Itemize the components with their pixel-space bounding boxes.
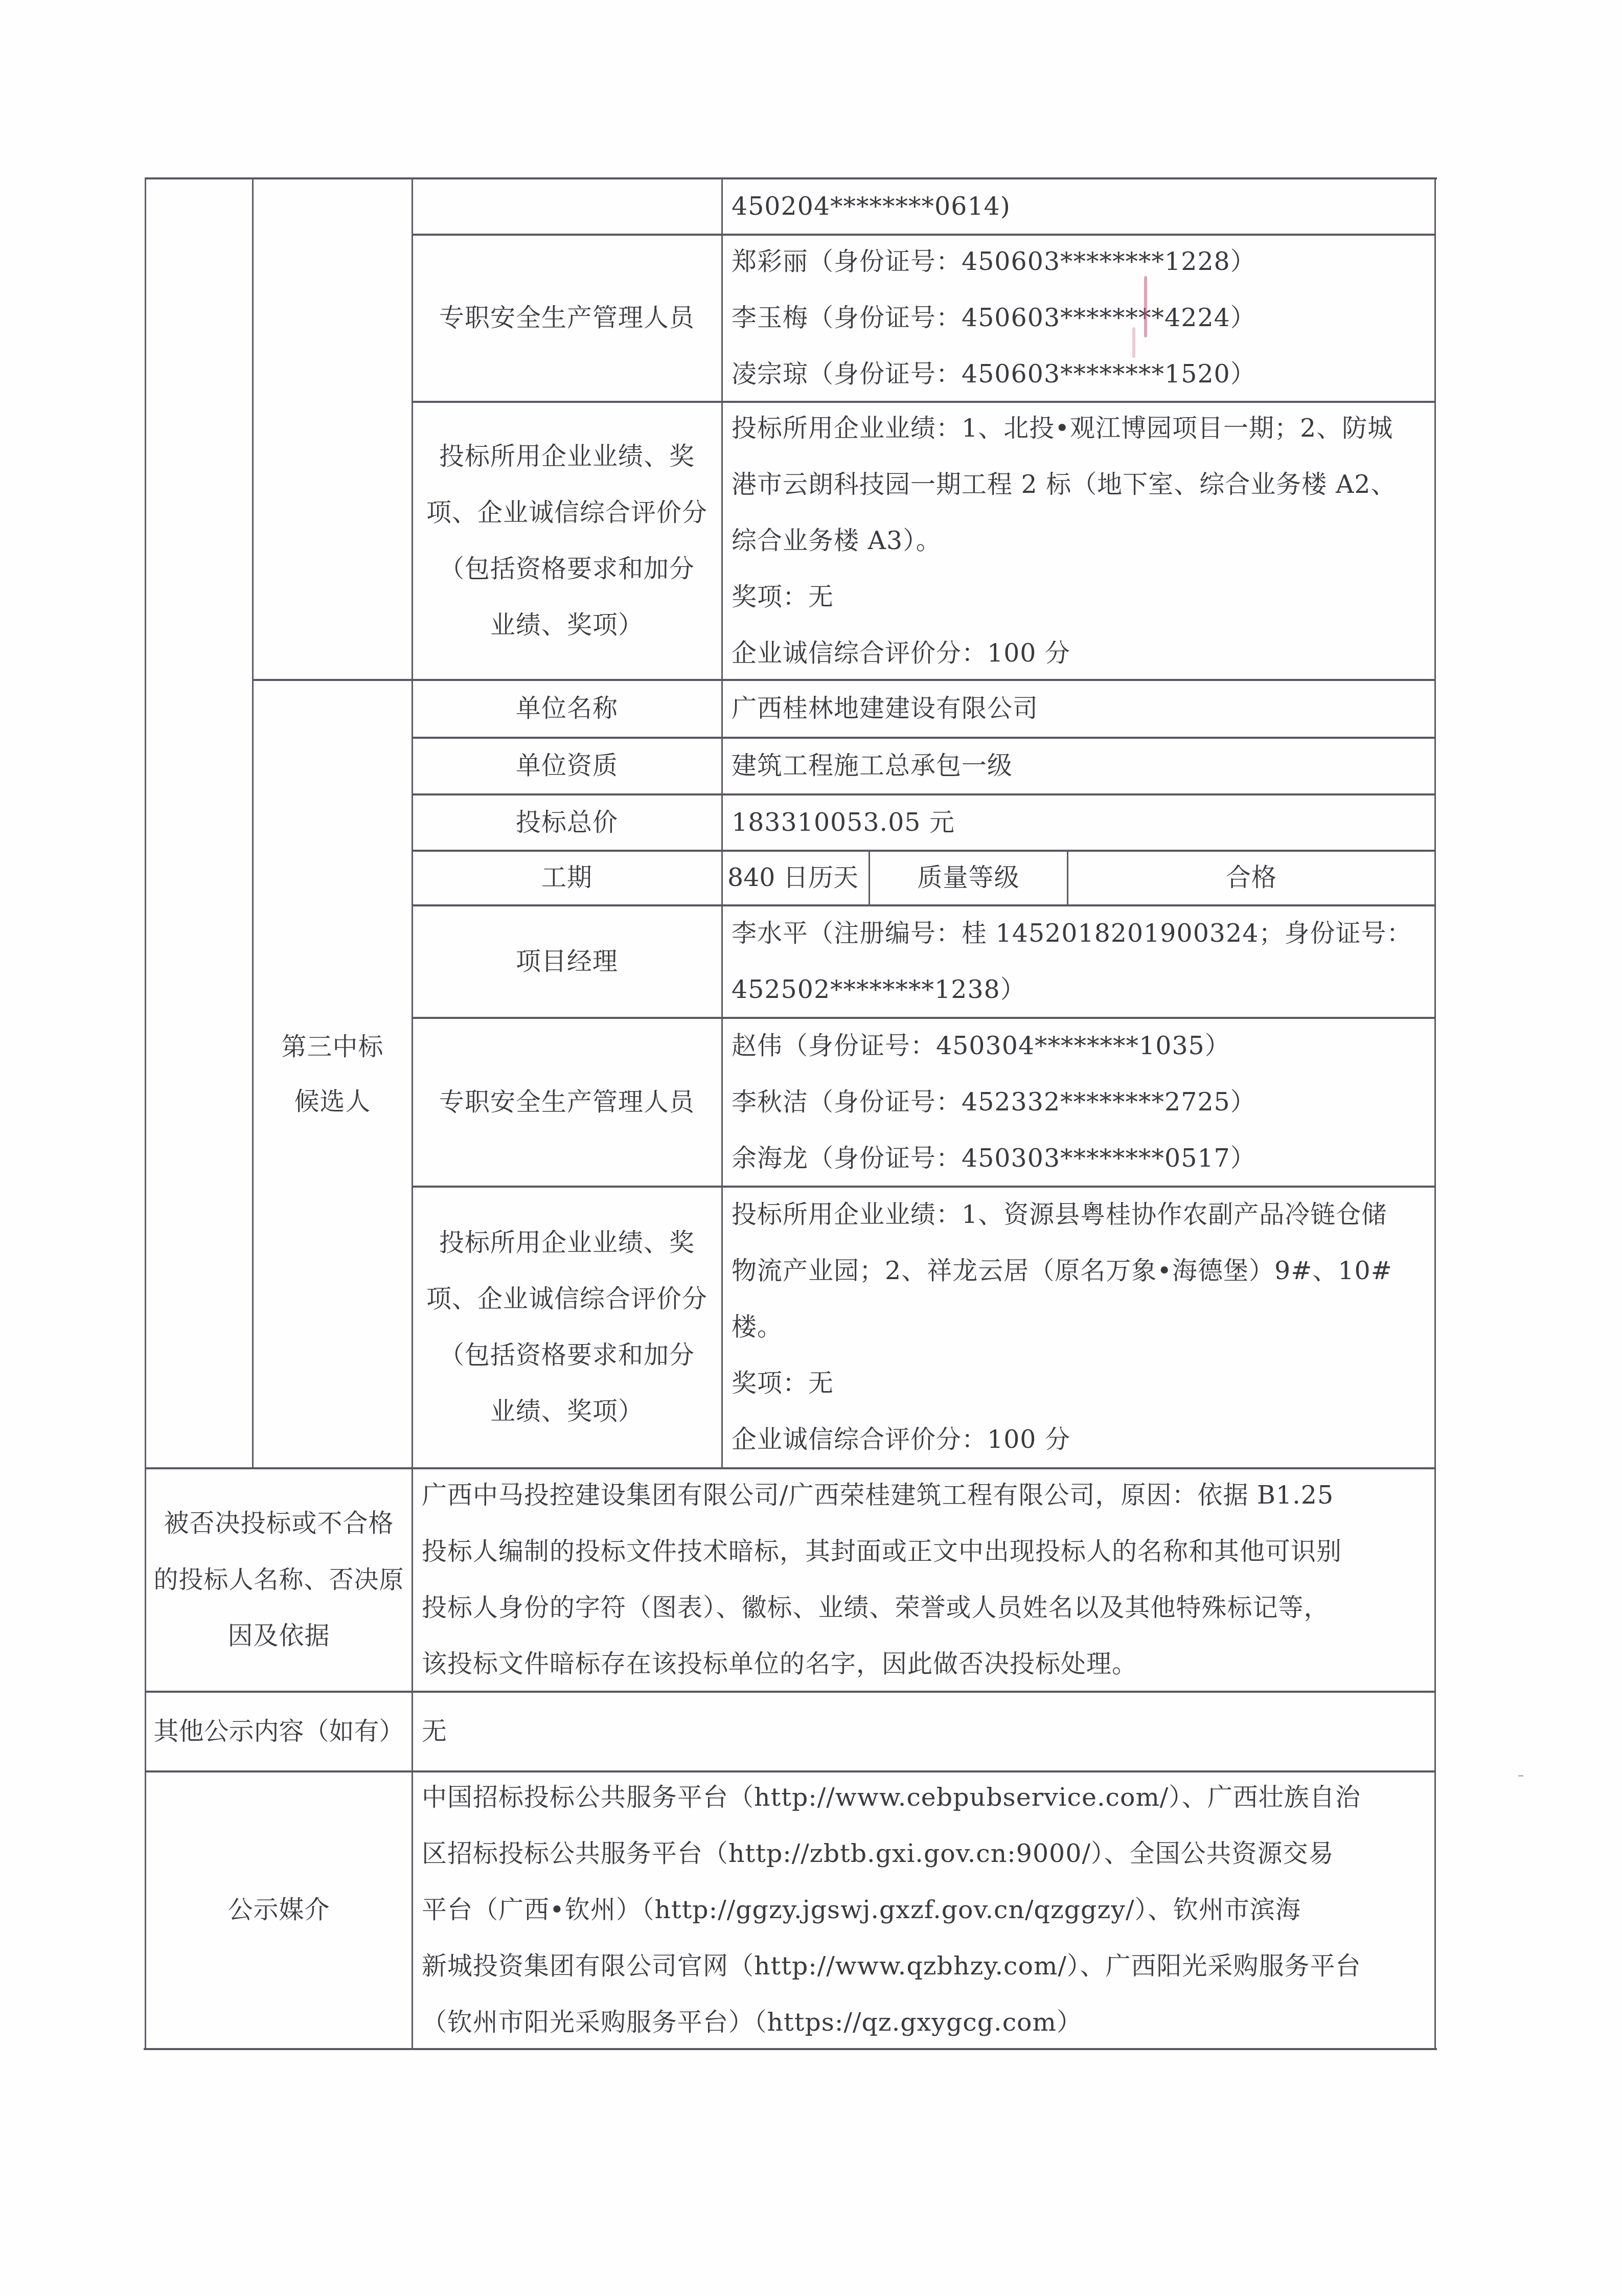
performance-label-cell: 投标所用企业业绩、奖 项、企业诚信综合评价分 （包括资格要求和加分 业绩、奖项） (413, 1187, 721, 1467)
duration-value: 840 日历天 (727, 850, 858, 906)
bid-price-label: 投标总价 (516, 794, 618, 851)
rejected-reason-line: 广西中马投控建设集团有限公司/广西荣桂建筑工程有限公司，原因：依据 B1.25 (422, 1467, 1334, 1524)
media-label-cell: 公示媒介 (146, 1772, 412, 2048)
other-content-label: 其他公示内容（如有） (153, 1703, 404, 1760)
other-content-value-cell: 无 (413, 1692, 1434, 1770)
safety-manager-item: 余海龙（身份证号：450303********0517） (732, 1130, 1256, 1187)
safety-managers-label: 专职安全生产管理人员 (439, 1074, 695, 1130)
safety-manager-item: 郑彩丽（身份证号：450603********1228） (732, 234, 1256, 290)
other-content-value: 无 (422, 1703, 447, 1760)
rejected-reason-line: 投标人编制的投标文件技术暗标，其封面或正文中出现投标人的名称和其他可识别 (422, 1524, 1342, 1580)
media-line: 新城投资集团有限公司官网（http://www.qzbhzy.com/）、广西阳… (422, 1938, 1361, 1994)
company-name-label-cell: 单位名称 (413, 680, 721, 737)
rejected-reason-line: 投标人身份的字符（图表）、徽标、业绩、荣誉或人员姓名以及其他特殊标记等， (422, 1580, 1330, 1636)
quality-value-cell: 合格 (1068, 851, 1434, 904)
performance-label-line: 投标所用企业业绩、奖 (439, 1215, 695, 1271)
project-manager-id-continued: 450204********0614) (722, 179, 1434, 234)
third-candidate-label-line: 候选人 (294, 1074, 371, 1129)
safety-manager-item: 李玉梅（身份证号：450603********4224） (732, 290, 1256, 346)
qualification-label-cell: 单位资质 (413, 738, 721, 793)
rejected-label-line: 因及依据 (227, 1608, 330, 1664)
media-line: （钦州市阳光采购服务平台）（https://qz.gxygcg.com） (422, 1994, 1082, 2051)
id-number-tail: 450204********0614) (732, 178, 1011, 235)
performance-line: 综合业务楼 A3）。 (732, 513, 942, 569)
media-line: 中国招标投标公共服务平台（http://www.cebpubservice.co… (422, 1769, 1361, 1826)
performance-value-cell: 投标所用企业业绩：1、北投•观江博园项目一期；2、防城 港市云朗科技园一期工程 … (722, 402, 1434, 679)
safety-managers-list: 赵伟（身份证号：450304********1035） 李秋洁（身份证号：452… (722, 1018, 1434, 1186)
performance-label-line: 项、企业诚信综合评价分 (426, 485, 707, 541)
project-manager-line: 李水平（注册编号：桂 1452018201900324；身份证号： (732, 905, 1412, 962)
performance-label-line: 投标所用企业业绩、奖 (439, 428, 695, 485)
media-label: 公示媒介 (227, 1882, 330, 1938)
project-manager-label-cell: 项目经理 (413, 906, 721, 1017)
duration-value-cell: 840 日历天 (722, 851, 869, 904)
safety-managers-list: 郑彩丽（身份证号：450603********1228） 李玉梅（身份证号：45… (722, 235, 1434, 401)
bid-price-value: 183310053.05 元 (732, 794, 955, 851)
rejected-label-line: 被否决投标或不合格 (164, 1495, 394, 1552)
project-manager-label: 项目经理 (516, 934, 618, 990)
rejected-value-cell: 广西中马投控建设集团有限公司/广西荣桂建筑工程有限公司，原因：依据 B1.25 … (413, 1469, 1434, 1691)
performance-line: 投标所用企业业绩：1、资源县粤桂协作农副产品冷链仓储 (732, 1187, 1387, 1243)
third-candidate-label-line: 第三中标 (281, 1019, 383, 1074)
duration-label-cell: 工期 (413, 851, 721, 904)
performance-label-line: （包括资格要求和加分 (439, 541, 695, 597)
table-right-border (1434, 177, 1436, 2050)
quality-label-cell: 质量等级 (870, 851, 1067, 904)
awards-line: 奖项：无 (732, 569, 834, 625)
credit-score-line: 企业诚信综合评价分：100 分 (732, 1412, 1070, 1468)
company-name-label: 单位名称 (516, 680, 618, 737)
qualification-label: 单位资质 (516, 738, 618, 794)
safety-managers-label-cell: 专职安全生产管理人员 (413, 1018, 721, 1186)
quality-label: 质量等级 (917, 850, 1019, 906)
performance-label-cell: 投标所用企业业绩、奖 项、企业诚信综合评价分 （包括资格要求和加分 业绩、奖项） (413, 402, 721, 679)
rejected-label-cell: 被否决投标或不合格 的投标人名称、否决原 因及依据 (146, 1469, 412, 1691)
seal-stamp-mark (1132, 327, 1135, 358)
safety-managers-label: 专职安全生产管理人员 (439, 290, 695, 346)
scan-speck (1518, 1775, 1523, 1777)
qualification-value: 建筑工程施工总承包一级 (732, 738, 1013, 794)
media-line: 区招标投标公共服务平台（http://zbtb.gxi.gov.cn:9000/… (422, 1826, 1334, 1882)
project-manager-line: 452502********1238） (732, 962, 1026, 1018)
performance-label-line: 业绩、奖项） (490, 1383, 644, 1440)
media-value-cell: 中国招标投标公共服务平台（http://www.cebpubservice.co… (413, 1772, 1434, 2048)
rejected-reason-line: 该投标文件暗标存在该投标单位的名字，因此做否决投标处理。 (422, 1636, 1137, 1692)
third-candidate-label-cell: 第三中标 候选人 (254, 680, 412, 1467)
seal-stamp-mark (1144, 276, 1147, 337)
quality-value: 合格 (1226, 850, 1277, 906)
awards-line: 奖项：无 (732, 1355, 834, 1412)
performance-label-line: （包括资格要求和加分 (439, 1327, 695, 1383)
project-manager-value-cell: 李水平（注册编号：桂 1452018201900324；身份证号： 452502… (722, 906, 1434, 1017)
safety-managers-label-cell: 专职安全生产管理人员 (413, 235, 721, 401)
performance-label-line: 项、企业诚信综合评价分 (426, 1271, 707, 1327)
performance-line: 投标所用企业业绩：1、北投•观江博园项目一期；2、防城 (732, 400, 1393, 457)
bid-price-value-cell: 183310053.05 元 (722, 795, 1434, 850)
performance-label-line: 业绩、奖项） (490, 597, 644, 653)
bid-price-label-cell: 投标总价 (413, 795, 721, 850)
safety-manager-item: 赵伟（身份证号：450304********1035） (732, 1018, 1230, 1074)
credit-score-line: 企业诚信综合评价分：100 分 (732, 625, 1070, 681)
company-name-value: 广西桂林地建建设有限公司 (732, 680, 1038, 737)
performance-line: 楼。 (732, 1299, 783, 1355)
duration-label: 工期 (541, 850, 592, 906)
media-line: 平台（广西•钦州）（http://ggzy.jgswj.gxzf.gov.cn/… (422, 1882, 1301, 1938)
rejected-label-line: 的投标人名称、否决原 (153, 1552, 404, 1608)
performance-line: 港市云朗科技园一期工程 2 标（地下室、综合业务楼 A2、 (732, 457, 1396, 513)
other-content-label-cell: 其他公示内容（如有） (146, 1692, 412, 1770)
qualification-value-cell: 建筑工程施工总承包一级 (722, 738, 1434, 793)
company-name-value-cell: 广西桂林地建建设有限公司 (722, 680, 1434, 737)
safety-manager-item: 李秋洁（身份证号：452332********2725） (732, 1074, 1256, 1130)
performance-line: 物流产业园；2、祥龙云居（原名万象•海德堡）9#、10# (732, 1243, 1392, 1299)
performance-value-cell: 投标所用企业业绩：1、资源县粤桂协作农副产品冷链仓储 物流产业园；2、祥龙云居（… (722, 1187, 1434, 1467)
safety-manager-item: 凌宗琼（身份证号：450603********1520） (732, 346, 1256, 402)
